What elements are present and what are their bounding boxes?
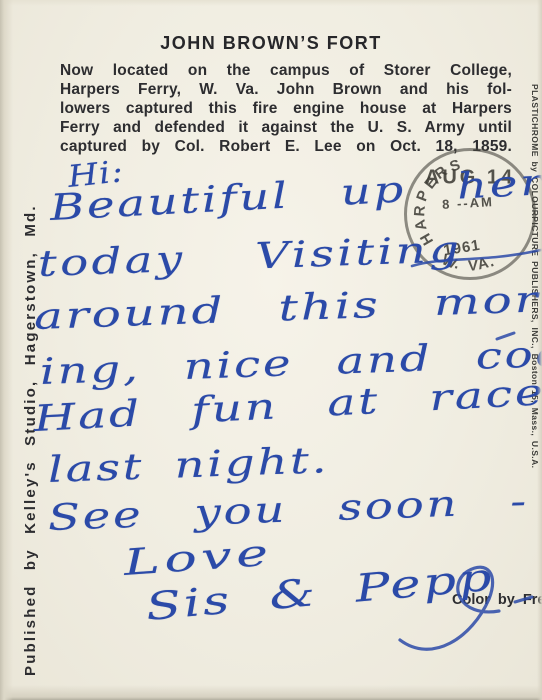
handwritten-line: around this morn - [33,276,542,338]
postcard-title: JOHN BROWN’S FORT [0,33,542,54]
description-line: lowers captured this fire engine house a… [60,99,512,118]
description-line: Now located on the campus of Storer Coll… [60,61,512,80]
description-paragraph: Now located on the campus of Storer Coll… [60,61,512,156]
handwritten-line: See you soon - [47,481,529,539]
handwritten-line: today Visiting [37,229,463,285]
handwritten-line: last night. [47,440,329,491]
description-line: Harpers Ferry, W. Va. John Brown and his… [60,80,512,99]
description-line: Ferry and defended it against the U. S. … [60,118,512,137]
postcard-back: JOHN BROWN’S FORT Now located on the cam… [0,0,542,700]
